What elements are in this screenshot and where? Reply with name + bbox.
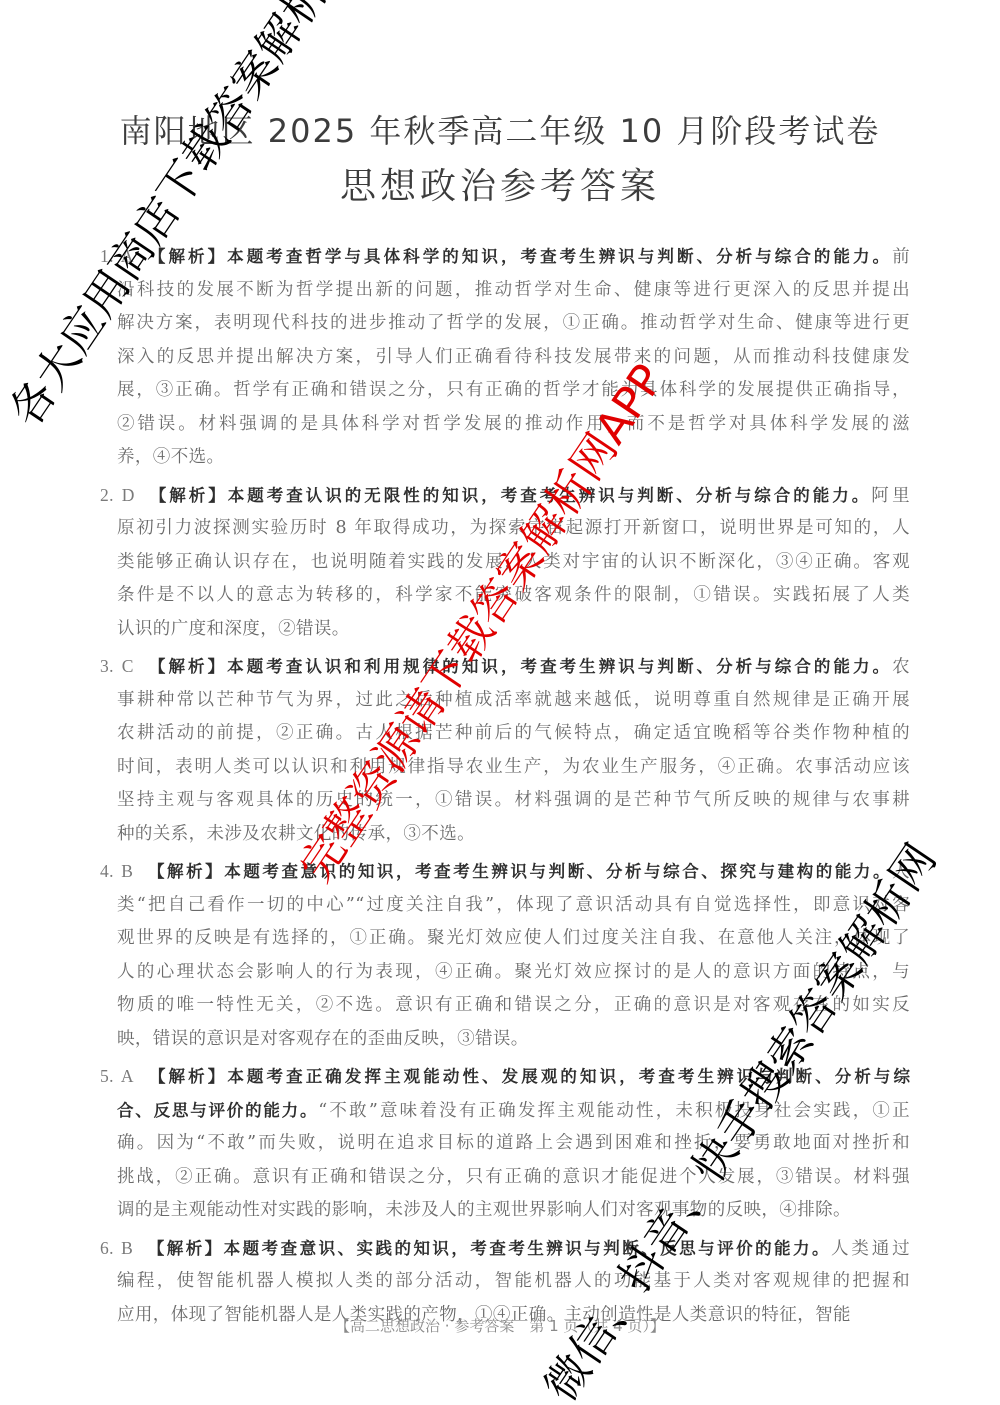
answer-text: ②错误。材料强调的是具体科学对哲学发展的推动作用，而不是哲学对具体科学发展的滋: [117, 414, 910, 434]
answer-text: 编程，使智能机器人模拟人类的部分活动，智能机器人的功能基于人类对客观规律的把握和: [117, 1271, 910, 1291]
answer-lead: 本题考查认识的无限性的知识，考查考生辨识与判断、分析与综合的能力。: [228, 486, 871, 505]
page-subtitle: 思想政治参考答案: [0, 158, 1000, 209]
answer-text: 人的心理状态会影响人的行为表现，④正确。聚光灯效应探讨的是人的意识方面的特点，与: [117, 962, 910, 982]
answer-line: 认识的广度和深度，②错误。: [100, 613, 910, 647]
answer-lead: 本题考查意识、实践的知识，考查考生辨识与判断、反思与评价的能力。: [224, 1239, 831, 1258]
answer-line: 坚持主观与客观具体的历史的统一，①错误。材料强调的是芒种节气所反映的规律与农事耕: [100, 784, 910, 818]
answer-text: 挑战，②正确。意识有正确和错误之分，只有正确的意识才能促进个人发展，③错误。材料…: [117, 1167, 910, 1187]
answer-line: 类能够正确认识存在，也说明随着实践的发展，人类对宇宙的认识不断深化，③④正确。客…: [100, 546, 910, 580]
answer-list: 1. A【解析】本题考查哲学与具体科学的知识，考查考生辨识与判断、分析与综合的能…: [100, 240, 910, 1336]
answer-line: 类“把自己看作一切的中心”“过度关注自我”，体现了意识活动具有自觉选择性，即意识…: [100, 889, 910, 923]
answer-text: 人: [892, 862, 910, 882]
answer-line: 映，错误的意识是对客观存在的歪曲反映，③错误。: [100, 1023, 910, 1057]
answer-text: 认识的广度和深度，②错误。: [117, 619, 350, 639]
answer-line: 5. A【解析】本题考查正确发挥主观能动性、发展观的知识，考查考生辨识与判断、分…: [100, 1060, 910, 1094]
answer-line: 解决方案，表明现代科技的进步推动了哲学的发展，①正确。推动哲学对生命、健康等进行…: [100, 307, 910, 341]
analysis-tag: 【解析】: [147, 486, 228, 505]
answer-text: 事耕种常以芒种节气为界，过此之后种植成活率就越来越低，说明尊重自然规律是正确开展: [117, 690, 910, 710]
answer-line: 种的关系，未涉及农耕文化的传承，③不选。: [100, 818, 910, 852]
answer-number: 1. A: [100, 246, 134, 266]
answer-text: 解决方案，表明现代科技的进步推动了哲学的发展，①正确。推动哲学对生命、健康等进行…: [117, 313, 910, 333]
answer-number: 4. B: [100, 861, 133, 881]
answer-text: 养，④不选。: [117, 447, 224, 467]
answer-text: 确。因为“不敢”而失败，说明在追求目标的道路上会遇到困难和挫折，要勇敢地面对挫折…: [117, 1133, 910, 1153]
answer-line: 1. A【解析】本题考查哲学与具体科学的知识，考查考生辨识与判断、分析与综合的能…: [100, 240, 910, 274]
answer-text: 人类通过: [831, 1239, 910, 1259]
answer-text: 种的关系，未涉及农耕文化的传承，③不选。: [117, 824, 475, 844]
answer-line: 养，④不选。: [100, 441, 910, 475]
answer-text: 类“把自己看作一切的中心”“过度关注自我”，体现了意识活动具有自觉选择性，即意识…: [117, 895, 910, 915]
answer-text: 类能够正确认识存在，也说明随着实践的发展，人类对宇宙的认识不断深化，③④正确。客…: [117, 552, 910, 572]
answer-lead: 本题考查认识和利用规律的知识，考查考生辨识与判断、分析与综合的能力。: [227, 657, 892, 676]
answer-text: 时间，表明人类可以认识和利用规律指导农业生产，为农业生产服务，④正确。农事活动应…: [117, 757, 910, 777]
answer-text: 坚持主观与客观具体的历史的统一，①错误。材料强调的是芒种节气所反映的规律与农事耕: [117, 790, 910, 810]
answer-item: 1. A【解析】本题考查哲学与具体科学的知识，考查考生辨识与判断、分析与综合的能…: [100, 240, 910, 475]
answer-line: 确。因为“不敢”而失败，说明在追求目标的道路上会遇到困难和挫折，要勇敢地面对挫折…: [100, 1127, 910, 1161]
answer-number: 2. D: [100, 485, 135, 505]
answer-line: 人的心理状态会影响人的行为表现，④正确。聚光灯效应探讨的是人的意识方面的特点，与: [100, 956, 910, 990]
answer-lead: 本题考查意识的知识，考查考生辨识与判断、分析与综合、探究与建构的能力。: [224, 862, 892, 881]
answer-line: ②错误。材料强调的是具体科学对哲学发展的推动作用，而不是哲学对具体科学发展的滋: [100, 408, 910, 442]
answer-text: 阿里: [871, 486, 910, 506]
answer-line: 6. B【解析】本题考查意识、实践的知识，考查考生辨识与判断、反思与评价的能力。…: [100, 1232, 910, 1266]
answer-lead: 本题考查哲学与具体科学的知识，考查考生辨识与判断、分析与综合的能力。: [227, 247, 892, 266]
answer-text: 观世界的反映是有选择的，①正确。聚光灯效应使人们过度关注自我、在意他人关注，体现…: [117, 928, 910, 948]
analysis-tag: 【解析】: [145, 862, 224, 881]
answer-line: 沿科技的发展不断为哲学提出新的问题，推动哲学对生命、健康等进行更深入的反思并提出: [100, 274, 910, 308]
answer-number: 3. C: [100, 656, 134, 676]
answer-text: 农耕活动的前提，②正确。古人根据芒种前后的气候特点，确定适宜晚稻等谷类作物种植的: [117, 723, 910, 743]
answer-lead: 本题考查正确发挥主观能动性、发展观的知识，考查考生辨识与判断、分析与综: [227, 1067, 910, 1086]
answer-item: 3. C【解析】本题考查认识和利用规律的知识，考查考生辨识与判断、分析与综合的能…: [100, 650, 910, 851]
answer-line: 农耕活动的前提，②正确。古人根据芒种前后的气候特点，确定适宜晚稻等谷类作物种植的: [100, 717, 910, 751]
answer-line: 原初引力波探测实验历时 8 年取得成功，为探索宇宙起源打开新窗口，说明世界是可知…: [100, 512, 910, 546]
answer-text: 原初引力波探测实验历时 8 年取得成功，为探索宇宙起源打开新窗口，说明世界是可知…: [117, 518, 910, 538]
answer-line: 4. B【解析】本题考查意识的知识，考查考生辨识与判断、分析与综合、探究与建构的…: [100, 855, 910, 889]
answer-text: “不敢”意味着没有正确发挥主观能动性，未积极投身社会实践，①正: [318, 1101, 910, 1121]
analysis-tag: 【解析】: [145, 1239, 223, 1258]
answer-line: 2. D【解析】本题考查认识的无限性的知识，考查考生辨识与判断、分析与综合的能力…: [100, 479, 910, 513]
answer-line: 3. C【解析】本题考查认识和利用规律的知识，考查考生辨识与判断、分析与综合的能…: [100, 650, 910, 684]
answer-text: 深入的反思并提出解决方案，引导人们正确看待科技发展带来的问题，从而推动科技健康发: [117, 347, 910, 367]
answer-line: 调的是主观能动性对实践的影响，未涉及人的主观世界影响人们对客观事物的反映，④排除…: [100, 1194, 910, 1228]
answer-item: 4. B【解析】本题考查意识的知识，考查考生辨识与判断、分析与综合、探究与建构的…: [100, 855, 910, 1056]
page-title: 南阳地区 2025 年秋季高二年级 10 月阶段考试卷: [0, 106, 1000, 152]
answer-text: 条件是不以人的意志为转移的，科学家不能突破客观条件的限制，①错误。实践拓展了人类: [117, 585, 910, 605]
page-footer: 【高二思想政治 · 参考答案 第 1 页（共 4 页）】: [0, 1315, 1000, 1336]
answer-line: 编程，使智能机器人模拟人类的部分活动，智能机器人的功能基于人类对客观规律的把握和: [100, 1265, 910, 1299]
answer-number: 6. B: [100, 1238, 133, 1258]
answer-text: 展，③正确。哲学有正确和错误之分，只有正确的哲学才能为具体科学的发展提供正确指导…: [117, 380, 910, 400]
answer-line: 事耕种常以芒种节气为界，过此之后种植成活率就越来越低，说明尊重自然规律是正确开展: [100, 684, 910, 718]
answer-line: 观世界的反映是有选择的，①正确。聚光灯效应使人们过度关注自我、在意他人关注，体现…: [100, 922, 910, 956]
answer-text: 前: [892, 247, 910, 267]
analysis-tag: 【解析】: [146, 1067, 227, 1086]
answer-item: 5. A【解析】本题考查正确发挥主观能动性、发展观的知识，考查考生辨识与判断、分…: [100, 1060, 910, 1228]
analysis-tag: 【解析】: [146, 657, 227, 676]
answer-line: 物质的唯一特性无关，②不选。意识有正确和错误之分，正确的意识是对客观存在的如实反: [100, 989, 910, 1023]
answer-line: 合、反思与评价的能力。“不敢”意味着没有正确发挥主观能动性，未积极投身社会实践，…: [100, 1094, 910, 1128]
answer-text: 沿科技的发展不断为哲学提出新的问题，推动哲学对生命、健康等进行更深入的反思并提出: [117, 280, 910, 300]
answer-line: 时间，表明人类可以认识和利用规律指导农业生产，为农业生产服务，④正确。农事活动应…: [100, 751, 910, 785]
answer-line: 展，③正确。哲学有正确和错误之分，只有正确的哲学才能为具体科学的发展提供正确指导…: [100, 374, 910, 408]
answer-text: 农: [892, 657, 910, 677]
answer-number: 5. A: [100, 1066, 134, 1086]
answer-text: 物质的唯一特性无关，②不选。意识有正确和错误之分，正确的意识是对客观存在的如实反: [117, 995, 910, 1015]
answer-line: 深入的反思并提出解决方案，引导人们正确看待科技发展带来的问题，从而推动科技健康发: [100, 341, 910, 375]
answer-lead: 合、反思与评价的能力。: [117, 1101, 318, 1120]
answer-line: 条件是不以人的意志为转移的，科学家不能突破客观条件的限制，①错误。实践拓展了人类: [100, 579, 910, 613]
answer-line: 挑战，②正确。意识有正确和错误之分，只有正确的意识才能促进个人发展，③错误。材料…: [100, 1161, 910, 1195]
answer-text: 映，错误的意识是对客观存在的歪曲反映，③错误。: [117, 1029, 529, 1049]
answer-item: 2. D【解析】本题考查认识的无限性的知识，考查考生辨识与判断、分析与综合的能力…: [100, 479, 910, 647]
analysis-tag: 【解析】: [146, 247, 227, 266]
answer-text: 调的是主观能动性对实践的影响，未涉及人的主观世界影响人们对客观事物的反映，④排除…: [117, 1200, 851, 1220]
